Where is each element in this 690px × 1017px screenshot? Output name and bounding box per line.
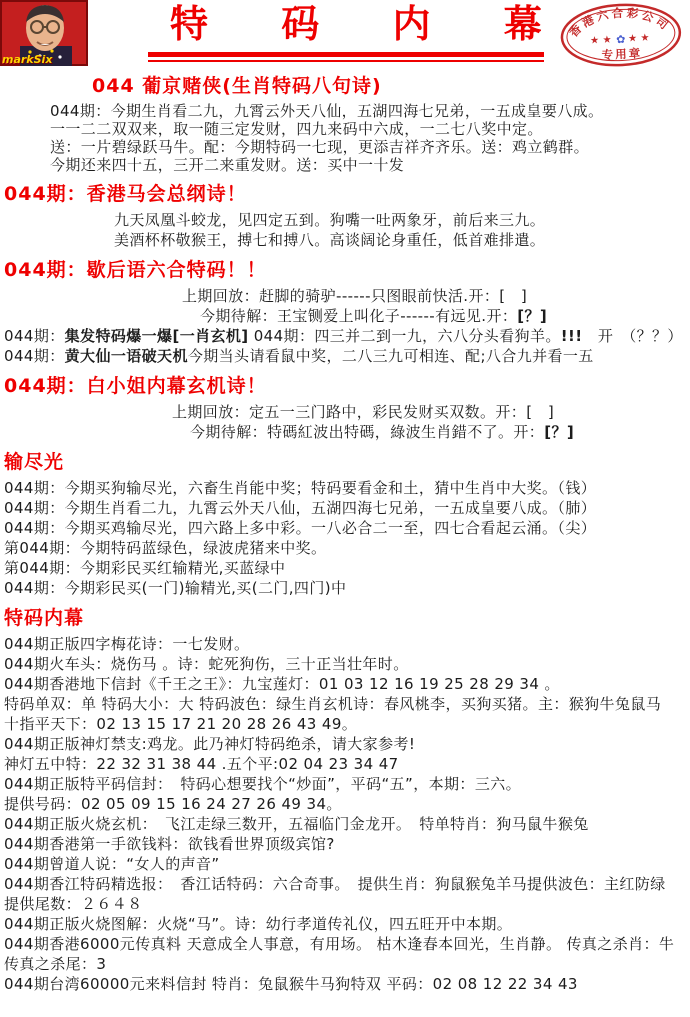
text-run: 044期：今期生肖看二九，九霄云外天八仙，五湖四海七兄弟，一五成皇要八成。（肺） (4, 499, 596, 517)
text-run: 开 （？？） (583, 327, 683, 345)
company-stamp-image: 香港六合彩公司 ★ ★ ✿ ★ ★ 专用章 (556, 0, 685, 71)
text-line: 044期：黄大仙一语破天机今期当头请看鼠中奖，二八三九可相连、配;八合九并看一五 (4, 346, 686, 366)
text-run: 黄大仙一语破天机 (65, 347, 188, 365)
text-line: 美酒杯杯敬猴王，搏七和搏八。高谈阔论身重任，低首难排遣。 (4, 230, 686, 250)
text-line: 今期待解：特碼紅波出特碼，綠波生肖錯不了。开：[？] (4, 422, 686, 442)
text-line: 十指平天下：02 13 15 17 21 20 28 26 43 49。 (4, 714, 686, 734)
text-line: 044期：今期生肖看二九，九霄云外天八仙，五湖四海七兄弟，一五成皇要八成。（肺） (4, 498, 686, 518)
text-run: 上期回放：赶脚的骑驴------只图眼前快活.开：[ ] (182, 287, 527, 305)
text-line: 传真之杀尾：3 (4, 954, 686, 974)
text-line: 044期：今期生肖看二九，九霄云外天八仙，五湖四海七兄弟，一五成皇要八成。 (4, 102, 686, 120)
text-run: 044期正版神灯禁支:鸡龙。此乃神灯特码绝杀，请大家参考! (4, 735, 415, 753)
text-run: 044期香港地下信封《千王之王》：九宝莲灯：01 03 12 16 19 25 … (4, 675, 560, 693)
text-run: 044期：今期买鸡输尽光，四六路上多中彩。一八必合二一至，四七合看起云涌。（尖） (4, 519, 596, 537)
text-run: 十指平天下：02 13 15 17 21 20 28 26 43 49。 (4, 715, 357, 733)
photo-caption: markSix (2, 53, 52, 66)
text-run: 044期正版四字梅花诗：一七发财。 (4, 635, 249, 653)
content: 044 葡京赌侠(生肖特码八句诗)044期：今期生肖看二九，九霄云外天八仙，五湖… (0, 74, 690, 1000)
text-run: 提供尾数：２６４８ (4, 895, 143, 913)
text-line: 044期香江特码精选报： 香江话特码：六合奇事。 提供生肖：狗鼠猴兔羊马提供波色… (4, 874, 686, 894)
tip-sheet-page: markSix 特 码 内 幕 香港六合彩公司 ★ ★ ✿ ★ ★ 专用章 04… (0, 0, 690, 1017)
text-run: 今期待解：王宝铡爱上叫化子------有远见.开： (200, 307, 517, 325)
text-run: 044期：今期生肖看二九，九霄云外天八仙，五湖四海七兄弟，一五成皇要八成。 (50, 102, 603, 120)
text-line: 上期回放：定五一三门路中，彩民发财买双数。开：[ ] (4, 402, 686, 422)
text-line: 044期正版四字梅花诗：一七发财。 (4, 634, 686, 654)
text-run: 第044期：今期彩民买红输精光,买蓝绿中 (4, 559, 285, 577)
text-run: 上期回放：定五一三门路中，彩民发财买双数。开：[ ] (172, 403, 554, 421)
text-run: 044期台湾60000元来料信封 特肖：兔鼠猴牛马狗特双 平码：02 08 12… (4, 975, 578, 993)
text-line: 044期正版特平码信封： 特码心想要找个“炒面”，平码“五”，本期：三六。 (4, 774, 686, 794)
text-run: 044期正版特平码信封： 特码心想要找个“炒面”，平码“五”，本期：三六。 (4, 775, 521, 793)
text-run: 044期：今期彩民买(一门)输精光,买(二门,四门)中 (4, 579, 346, 597)
page-title: 特 码 内 幕 (140, 0, 548, 48)
section-heading: 044 葡京赌侠(生肖特码八句诗) (4, 74, 686, 99)
text-line: 第044期：今期彩民买红输精光,买蓝绿中 (4, 558, 686, 578)
text-line: 提供尾数：２６４８ (4, 894, 686, 914)
text-run: 特码内幕 (4, 607, 84, 629)
text-line: 上期回放：赶脚的骑驴------只图眼前快活.开：[ ] (4, 286, 686, 306)
text-run: 神灯五中特：22 32 31 38 44 .五个平:02 04 23 34 47 (4, 755, 399, 773)
text-run: 044期： (4, 327, 65, 345)
text-run: 集发特码爆一爆[一肖玄机] (65, 327, 249, 345)
text-run: 今期还来四十五，三开二来重发财。送：买中一十发 (50, 156, 404, 174)
text-line: 特码单双：单 特码大小：大 特码波色：绿生肖玄机诗：春风桃李，买狗买猪。主：猴狗… (4, 694, 686, 714)
text-run: 044期香港6000元传真料 天意成全人事意，有用场。 枯木逢春本回光，生肖静。… (4, 935, 674, 953)
text-line: 今期待解：王宝铡爱上叫化子------有远见.开：[？] (4, 306, 686, 326)
text-line: 神灯五中特：22 32 31 38 44 .五个平:02 04 23 34 47 (4, 754, 686, 774)
text-run: [？] (517, 307, 547, 325)
stamp-seal-label: 专用章 (601, 46, 642, 62)
text-run: 044 葡京赌侠(生肖特码八句诗) (92, 75, 382, 97)
text-run: 一一二二双双来，取一随三定发财，四九来码中六成，一二七八奖中定。 (50, 120, 543, 138)
text-run: 美酒杯杯敬猴王，搏七和搏八。高谈阔论身重任，低首难排遣。 (114, 231, 545, 249)
text-run: 044期香江特码精选报： 香江话特码：六合奇事。 提供生肖：狗鼠猴兔羊马提供波色… (4, 875, 666, 893)
editor-photo: markSix (0, 0, 88, 66)
text-run: 044期：歇后语六合特码！！ (4, 259, 267, 281)
text-line: 044期香港第一手欲钱料：欲钱看世界顶级宾馆? (4, 834, 686, 854)
text-run: 044期：白小姐内幕玄机诗！ (4, 375, 267, 397)
stamp-flower-icon: ✿ (616, 33, 626, 46)
text-run: 提供号码：02 05 09 15 16 24 27 26 49 34。 (4, 795, 342, 813)
section-heading: 044期：歇后语六合特码！！ (4, 258, 686, 283)
text-run: 044期正版火烧玄机： 飞江走绿三数开，五福临门金龙开。 特单特肖：狗马鼠牛猴兔 (4, 815, 589, 833)
text-line: 第044期：今期特码蓝绿色，绿波虎猪来中奖。 (4, 538, 686, 558)
text-run: 044期： (4, 347, 65, 365)
text-line: 送：一片碧绿跃马牛。配：今期特码一七现，更添吉祥齐齐乐。送：鸡立鹤群。 (4, 138, 686, 156)
text-line: 提供号码：02 05 09 15 16 24 27 26 49 34。 (4, 794, 686, 814)
section-heading: 044期：香港马会总纲诗！ (4, 182, 686, 207)
text-line: 九天凤凰斗蛟龙，见四定五到。狗嘴一吐两象牙，前后来三九。 (4, 210, 686, 230)
stamp-stars-right: ★ ★ (628, 33, 650, 45)
text-line: 044期香港地下信封《千王之王》：九宝莲灯：01 03 12 16 19 25 … (4, 674, 686, 694)
text-run: 传真之杀尾：3 (4, 955, 106, 973)
text-run: !!! (561, 327, 583, 345)
text-run: 044期香港第一手欲钱料：欲钱看世界顶级宾馆? (4, 835, 335, 853)
text-run: 今期待解：特碼紅波出特碼，綠波生肖錯不了。开： (190, 423, 544, 441)
section-heading: 044期：白小姐内幕玄机诗！ (4, 374, 686, 399)
text-line: 044期香港6000元传真料 天意成全人事意，有用场。 枯木逢春本回光，生肖静。… (4, 934, 686, 954)
text-line: 044期：今期买鸡输尽光，四六路上多中彩。一八必合二一至，四七合看起云涌。（尖） (4, 518, 686, 538)
text-line: 044期正版火烧玄机： 飞江走绿三数开，五福临门金龙开。 特单特肖：狗马鼠牛猴兔 (4, 814, 686, 834)
text-run: [？] (544, 423, 574, 441)
text-run: 044期曾道人说：“女人的声音” (4, 855, 220, 873)
text-line: 一一二二双双来，取一随三定发财，四九来码中六成，一二七八奖中定。 (4, 120, 686, 138)
text-run: 九天凤凰斗蛟龙，见四定五到。狗嘴一吐两象牙，前后来三九。 (114, 211, 545, 229)
masthead: markSix 特 码 内 幕 香港六合彩公司 ★ ★ ✿ ★ ★ 专用章 (0, 0, 690, 72)
text-run: 送：一片碧绿跃马牛。配：今期特码一七现，更添吉祥齐齐乐。送：鸡立鹤群。 (50, 138, 589, 156)
text-line: 今期还来四十五，三开二来重发财。送：买中一十发 (4, 156, 686, 174)
text-run: 输尽光 (4, 451, 64, 473)
text-run: 第044期：今期特码蓝绿色，绿波虎猪来中奖。 (4, 539, 326, 557)
text-line: 044期台湾60000元来料信封 特肖：兔鼠猴牛马狗特双 平码：02 08 12… (4, 974, 686, 994)
company-stamp: 香港六合彩公司 ★ ★ ✿ ★ ★ 专用章 (556, 0, 685, 75)
text-run: 今期当头请看鼠中奖，二八三九可相连、配;八合九并看一五 (188, 347, 594, 365)
text-line: 044期：今期彩民买(一门)输精光,买(二门,四门)中 (4, 578, 686, 598)
text-line: 044期火车头：烧伤马 。诗：蛇死狗伤，三十正当壮年时。 (4, 654, 686, 674)
text-run: 044期火车头：烧伤马 。诗：蛇死狗伤，三十正当壮年时。 (4, 655, 409, 673)
text-run: 特码单双：单 特码大小：大 特码波色：绿生肖玄机诗：春风桃李，买狗买猪。主：猴狗… (4, 695, 661, 713)
section-heading: 特码内幕 (4, 606, 686, 631)
text-line: 044期曾道人说：“女人的声音” (4, 854, 686, 874)
text-line: 044期：集发特码爆一爆[一肖玄机] 044期：四三并二到一九，六八分头看狗羊。… (4, 326, 686, 346)
text-run: 044期正版火烧图解：火烧“马”。诗：幼行孝道传礼仪，四五旺开中本期。 (4, 915, 512, 933)
text-line: 044期正版神灯禁支:鸡龙。此乃神灯特码绝杀，请大家参考! (4, 734, 686, 754)
text-line: 044期：今期买狗输尽光，六畜生肖能中奖；特码要看金和土，猜中生肖中大奖。（钱） (4, 478, 686, 498)
text-run: 044期：香港马会总纲诗！ (4, 183, 247, 205)
title-underline (148, 52, 544, 62)
text-run: 044期：今期买狗输尽光，六畜生肖能中奖；特码要看金和土，猜中生肖中大奖。（钱） (4, 479, 596, 497)
text-line: 044期正版火烧图解：火烧“马”。诗：幼行孝道传礼仪，四五旺开中本期。 (4, 914, 686, 934)
text-run: 044期：四三并二到一九，六八分头看狗羊。 (249, 327, 561, 345)
section-heading: 输尽光 (4, 450, 686, 475)
stamp-stars-left: ★ ★ (590, 35, 612, 47)
